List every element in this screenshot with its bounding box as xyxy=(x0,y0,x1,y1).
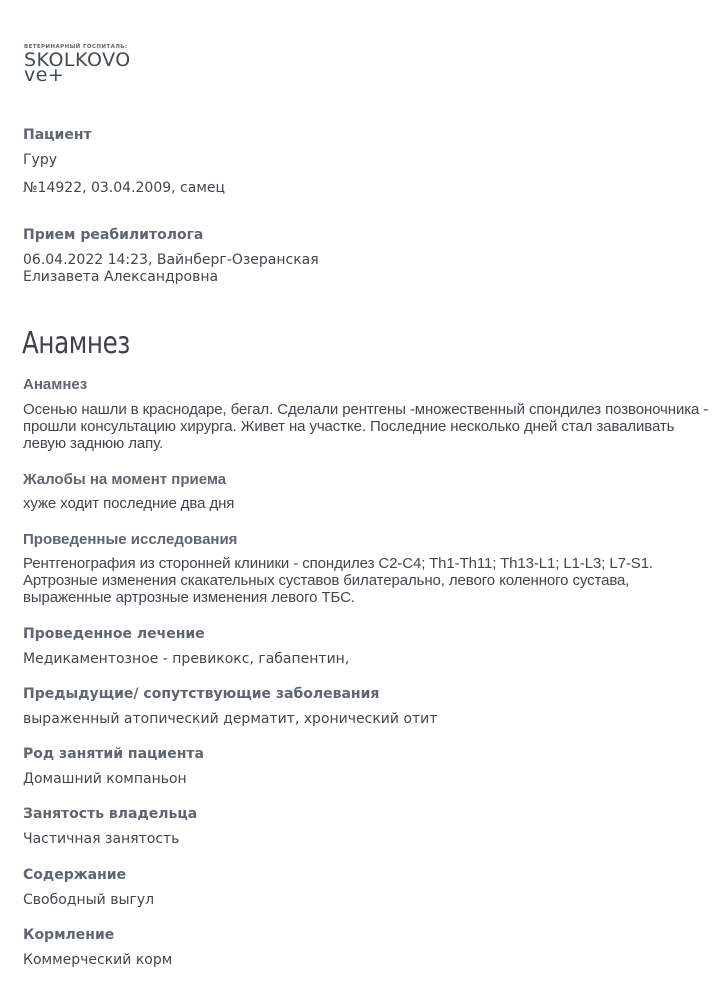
field-label-owner-employment: Занятость владельца xyxy=(23,806,197,822)
field-value-complaints: хуже ходит последние два дня xyxy=(23,495,713,512)
field-label-occupation: Род занятий пациента xyxy=(23,746,204,762)
visit-label: Прием реабилитолога xyxy=(23,227,203,243)
field-label-housing: Содержание xyxy=(23,867,126,883)
field-label-feeding: Кормление xyxy=(23,927,114,943)
field-label-treatment: Проведенное лечение xyxy=(23,626,205,642)
field-value-owner-employment: Частичная занятость xyxy=(23,831,713,848)
field-label-previous-diseases: Предыдущие/ сопутствующие заболевания xyxy=(23,686,379,702)
field-value-occupation: Домашний компаньон xyxy=(23,771,713,788)
clinic-logo: ВЕТЕРИНАРНЫЙ ГОСПИТАЛЬ: SKOLKOVO ve+ xyxy=(24,44,131,82)
field-value-studies: Рентгенография из сторонней клиники - сп… xyxy=(23,555,713,606)
field-label-studies: Проведенные исследования xyxy=(23,531,237,548)
visit-doctor-name: Елизавета Александровна xyxy=(23,269,713,286)
section-title: Анамнез xyxy=(22,326,130,361)
field-value-housing: Свободный выгул xyxy=(23,892,713,909)
field-value-feeding: Коммерческий корм xyxy=(23,952,713,969)
field-label-anamnesis: Анамнез xyxy=(23,376,87,393)
field-value-anamnesis: Осенью нашли в краснодаре, бегал. Сделал… xyxy=(23,401,713,452)
patient-name: Гуру xyxy=(23,152,713,169)
field-label-complaints: Жалобы на момент приема xyxy=(23,471,226,488)
field-value-treatment: Медикаментозное - превикокс, габапентин, xyxy=(23,651,713,668)
field-value-previous-diseases: выраженный атопический дерматит, хрониче… xyxy=(23,711,713,728)
patient-details: №14922, 03.04.2009, самец xyxy=(23,180,713,197)
visit-datetime-doctor: 06.04.2022 14:23, Вайнберг-Озеранская xyxy=(23,252,713,269)
patient-label: Пациент xyxy=(23,127,92,143)
